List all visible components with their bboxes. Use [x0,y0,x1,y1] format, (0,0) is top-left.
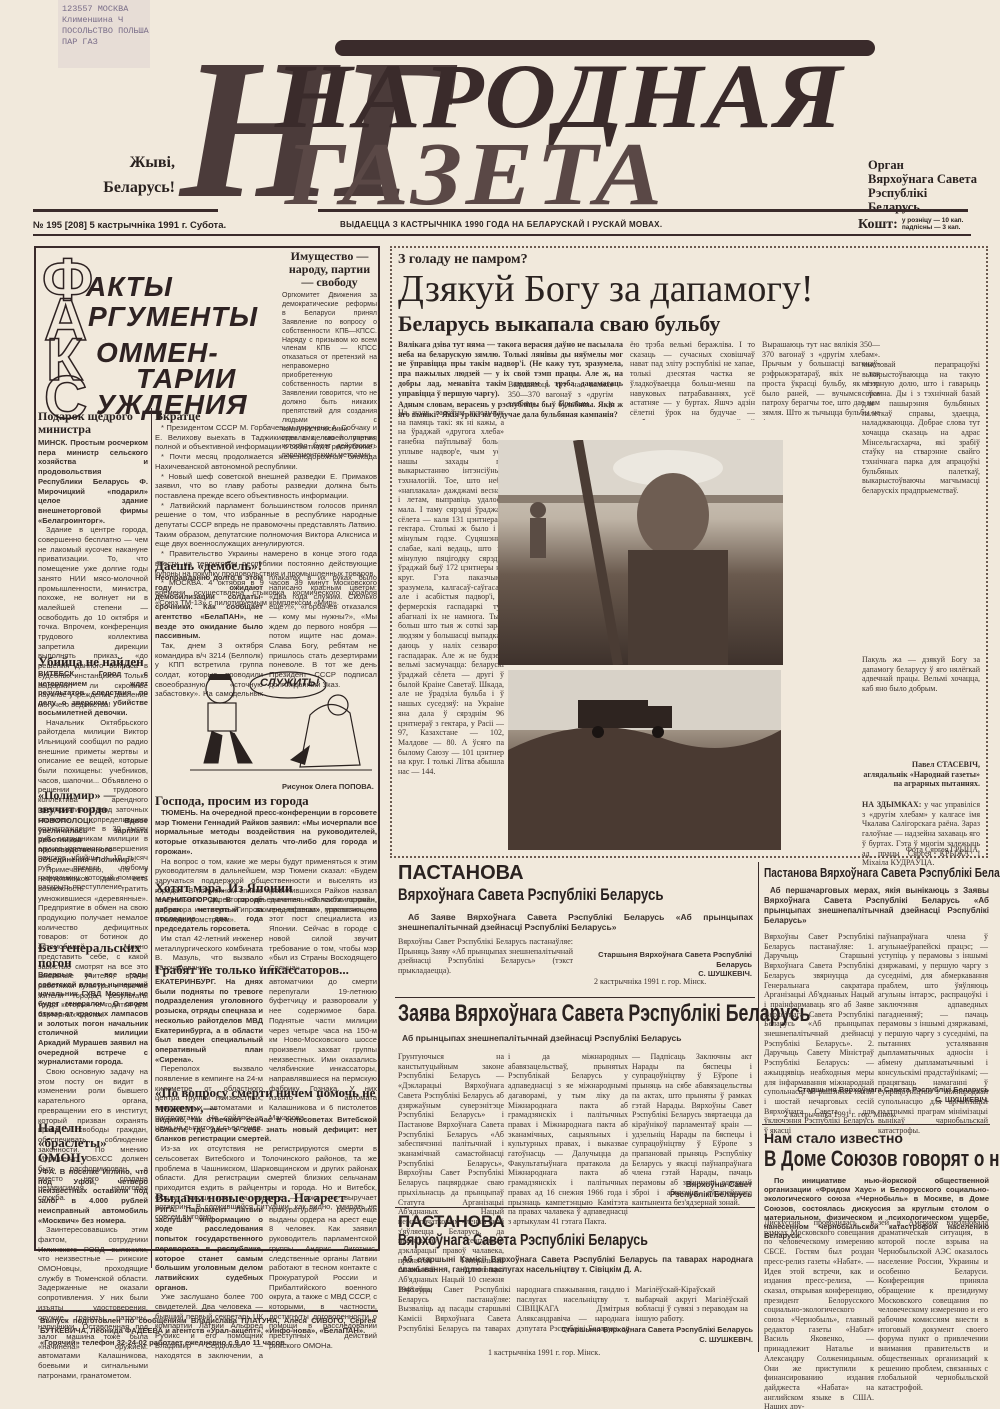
signature-line: Рэспублікі Беларусь [632,1190,752,1200]
stamp-line: ПОСОЛЬСТВО ПОЛЬША [62,26,146,37]
section-divider [395,1207,755,1208]
rubric-word: РГУМЕНТЫ [88,302,258,332]
section-footer: Выпуск подготовлен по сообщениям Владисл… [40,1316,376,1348]
stamp-line: Клименшина Ч [62,15,146,26]
slogan-line: Жыві, [95,150,175,175]
resolution-body: Вярхоўны Савет Рэспублікі Беларусь паста… [398,937,573,976]
footer-rule [36,1310,378,1312]
article-lead: МИНСК. Простым росчерком пера министр се… [38,438,148,525]
footer-credits: Выпуск подготовлен по сообщениям Владисл… [40,1316,376,1335]
article-title: Выданы новые ордера. На арест [155,1190,377,1205]
slogan-line: Беларусь! [95,175,175,200]
price-block: Кошт: у розніцу — 10 кап. падпісны — 3 к… [858,215,963,233]
resolution-3-signatory: Старшыня Вярхоўнага Савета Рэспублікі Бе… [764,1085,989,1104]
article-kicker: Нам стало известно [764,1130,989,1146]
potato-closing: Пакуль жа — дзякуй Богу за дапамогу бела… [862,655,980,694]
signatory-name: С. ШУШКЕВІЧ. [520,1335,753,1345]
resolution-about: Аб першачарговых мерах, якія вынікаюць з… [764,886,989,926]
price-label: Кошт: [858,217,898,232]
photo-caption-label: НА ЗДЫМКАХ: [862,800,921,809]
signatory-name: С. ШУШКЕВІЧ. [764,1095,989,1105]
cartoon-caption: Рисунок Олега ПОПОВА. [282,782,374,792]
article-title: «Полимир» — звучит гордо [38,788,148,816]
photo-farmer-with-pitchfork [498,440,783,665]
article-title: Подарок щедрого министра [38,410,148,436]
statement-title: Заява Вярхоўнага Савета Рэспублікі Белар… [398,1000,661,1028]
section-divider [395,997,755,998]
resolution-2: ПАСТАНОВА Вярхоўнага Савета Рэспублікі Б… [398,1212,753,1275]
resolution-3-col1: Вярхоўны Савет Рэспублікі Беларусь паста… [764,932,874,1136]
article-lead: Неоправданно долго в этом году ожидают д… [155,573,263,641]
publication-note: ВЫДАЕЦЦА З КАСТРЫЧНІКА 1990 ГОДА НА БЕЛА… [340,220,662,229]
photo-credit: Фота Сяргея ГРЫЦА. [880,845,980,855]
statement-signature: Вярхоўны Савет Рэспублікі Беларусь [632,1180,752,1199]
resolution-3-col2: паўнапраўнага члена ў агульнаеўрапейскі … [878,932,988,1136]
article-lead: ВИТЕБСК. Город с нетерпением ждет резуль… [38,669,148,718]
stamp-line: 123557 МОСКВА [62,4,146,15]
potato-col1: На жаль, галоўны вузельчык на памяць так… [398,408,504,853]
brief-item: * Президентом СССР М. Горбачевым поручен… [155,423,377,452]
section-divider [762,1124,990,1125]
header-bottom-rule [33,234,971,236]
cartoon: СЛУЖИТЬ! [160,655,375,777]
article-title: «По вопросу смерти ничем помочь не можем… [155,1085,377,1115]
slogan: Жыві, Беларусь! [95,150,175,200]
article-headline: Дзякуй Богу за дапамогу! [398,268,814,310]
signatory-title: Старшыня Вярхоўнага Савета Рэспублікі Бе… [574,950,752,969]
photo-caption: НА ЗДЫМКАХ: у час управіліся з «другім х… [862,800,980,868]
farmer-photo-icon [498,440,783,665]
resolution-2-signatory: Старшыня Вярхоўнага Савета Рэспублікі Бе… [520,1325,753,1344]
resolution-label: ПАСТАНОВА [398,862,753,884]
article-title: Даешь «дембель»! [155,558,377,573]
article-title: Господа, просим из города [155,793,377,808]
article-lead: видимо, так отвечают сейчас в сельсовета… [155,1115,377,1144]
article-lead: РИГА. Парламент Латвии заслушал информац… [155,1205,263,1292]
article-title: Наделн «браслеты» ОМОНу [38,1120,148,1165]
facts-rubric-logo: Ф А К С АКТЫ РГУМЕНТЫ ОММЕН- ТАРИИ УЖДЕН… [38,250,288,410]
stamp-line: ПАР ГАЗ [62,37,146,48]
article-lead: НОВОПОЛОЦК. Вдвое увеличилась зарплата р… [38,816,148,865]
address-stamp: 123557 МОСКВА Клименшина Ч ПОСОЛЬСТВО ПО… [58,0,150,68]
resolution-label: ПАСТАНОВА [398,1212,753,1231]
statement: Заява Вярхоўнага Савета Рэспублікі Белар… [398,1000,753,1044]
signature-line: Вярхоўны Савет [632,1180,752,1190]
cartoon-speech: СЛУЖИТЬ! [260,677,319,689]
resolution-1-date: 2 кастрычніка 1991 г. гор. Мінск. [594,977,706,987]
logo-title-line2: ГАЗЕТА [285,130,665,220]
potato-author: Павел СТАСЕВІЧ, аглядальнік «Народнай га… [862,760,980,789]
resolution-about: Аб Заяве Вярхоўнага Савета Рэспублікі Бе… [398,912,753,932]
article-lead: УФА. В поселке Иглино, что под Уфой, чет… [38,1167,148,1225]
potato-col3: ёю трэба вельмі беражліва. І то сказаць … [630,340,755,420]
statement-col2: і да міжнародных абавязацельстваў, прыня… [508,1052,628,1227]
article-title: Без генеральских погон [38,940,148,970]
chernobyl-col2: зей в Америке взволновала драматическая … [878,1218,988,1393]
photo-caption-text: у час управіліся з «другім хлебам» у кал… [862,800,980,867]
issue-number-date: № 195 [208] 5 кастрычніка 1991 г. Субота… [33,220,226,231]
article-title: Хотят мэра. Из Японии [155,880,377,895]
footer-hotline: «Горячий» телефон 32-24-02 работает ежед… [40,1338,376,1348]
brief-item: * Латвийский парламент большинством голо… [155,501,377,550]
price-subscription: падпісны — 3 кап. [902,224,964,231]
organ-line: Рэспублікі [868,186,998,200]
article-title: Грабят не только инкассаторов... [155,962,377,977]
author-name: Павел СТАСЕВІЧ, [862,760,980,770]
article-title: Имущество — народу, партии — свободу [282,250,377,289]
article-subhead: Беларусь выкапала сваю бульбу [398,312,720,336]
cartoon-drawing-icon [160,655,375,777]
resolution-1-signatory: Старшыня Вярхоўнага Савета Рэспублікі Бе… [574,950,752,979]
resolution-title: Пастанова Вярхоўнага Савета Рэспублікі Б… [764,865,940,881]
organ-line: Орган [868,158,998,172]
article-body: Заинтересовавшись этим фактом, сотрудник… [38,1225,148,1380]
newspaper-logo: НГ НАРОДНАЯ ГАЗЕТА [185,40,905,220]
article-lead: ТЮМЕНЬ. На очередной пресс-конференции в… [155,808,377,857]
masthead-rule [318,209,968,212]
potato-col4: мысловай перапрацоўкі выкарыстоўваюцца н… [862,360,980,650]
brief-item: * Новый шеф советской внешней разведки Е… [155,472,377,501]
brief-item: * Почти месяц продолжается железнодорожн… [155,452,377,471]
signatory-title: Старшыня Вярхоўнага Савета Рэспублікі Бе… [764,1085,989,1095]
chernobyl-col1: Дискуссия проводилась в рамках Московско… [764,1218,874,1409]
article-lead: Впервые за все годы советской власти нын… [38,970,148,1067]
article-kicker: З голаду не памром? [398,252,528,268]
column-divider [758,862,759,1352]
organ-line: Вярхоўнага Савета [868,172,998,186]
article-title: Убийца не найден [38,655,148,669]
photo-potato-harvest-truck [508,670,781,850]
article-lead: ЕКАТЕРИНБУРГ. На днях были подняты по тр… [155,977,263,1064]
rubric-word: АКТЫ [86,272,173,302]
resolution-subtitle: Вярхоўнага Савета Рэспублікі Беларусь [398,884,675,906]
resolution-3-date: 2 кастрычніка 1991 г. гор. Мінск. [784,1110,896,1120]
article-lead: МАГНИТОГОРСК. В городе избран четвертый … [155,895,263,934]
signatory-title: Старшыня Вярхоўнага Савета Рэспублікі Бе… [520,1325,753,1335]
resolution-3: Пастанова Вярхоўнага Савета Рэспублікі Б… [764,865,989,926]
article-title: Вкратце [155,410,377,423]
statement-subtitle: Аб прынцыпах знешнепалітычнай дзейнасці … [398,1034,753,1044]
masthead-rule [33,209,218,212]
resolution-about: Аб старшыні Камісіі Вярхоўнага Савета Рэ… [398,1255,753,1275]
resolution-2-date: 1 кастрычніка 1991 г. гор. Мінск. [488,1348,600,1358]
organ-statement: Орган Вярхоўнага Савета Рэспублікі Белар… [868,158,998,214]
author-role: аглядальнік «Народнай газеты» па аграрны… [862,770,980,789]
column-divider [151,408,152,1268]
potato-col2: Вырашаюць тут нас вялікія 350—370 вагона… [508,380,613,410]
article-mayor-japan: Хотят мэра. Из Японии МАГНИТОГОРСК. В го… [155,880,377,973]
article-headline: В Доме Союзов говорят о нас... [764,1146,940,1172]
truck-photo-icon [508,670,781,850]
resolution-subtitle: Вярхоўнага Савета Рэспублікі Беларусь [398,1231,675,1251]
